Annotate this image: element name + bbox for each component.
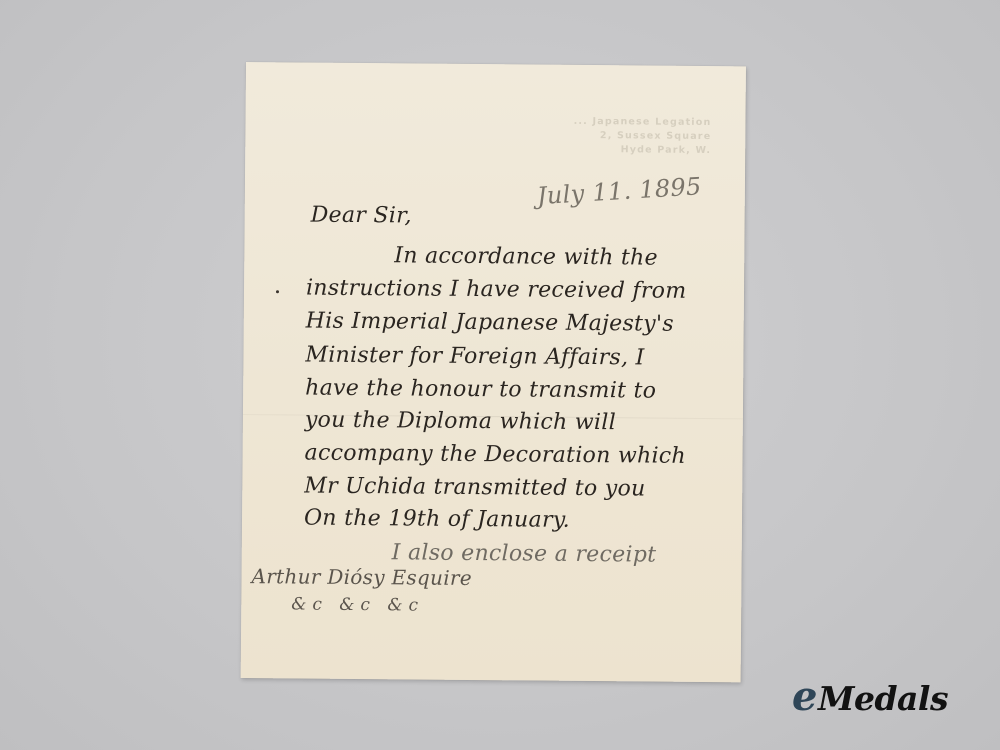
- ink-dot: [276, 290, 279, 293]
- body-line: I also enclose a receipt: [392, 540, 657, 567]
- emedals-watermark-logo: eMedals: [792, 673, 948, 720]
- body-line: On the 19th of January.: [304, 506, 570, 533]
- body-line: accompany the Decoration which: [304, 441, 686, 469]
- letter-paper: ... Japanese Legation 2, Sussex Square H…: [241, 62, 746, 682]
- body-line: instructions I have received from: [306, 276, 687, 304]
- body-line: In accordance with the: [394, 243, 658, 270]
- logo-wordmark: Medals: [818, 679, 948, 718]
- embossed-letterhead: ... Japanese Legation 2, Sussex Square H…: [573, 115, 711, 158]
- letterhead-line: Hyde Park, W.: [573, 143, 711, 158]
- letter-salutation: Dear Sir,: [311, 203, 412, 229]
- letter-etc: &c &c &c: [291, 594, 424, 615]
- letterhead-line: ... Japanese Legation: [574, 115, 712, 130]
- body-line: His Imperial Japanese Majesty's: [306, 309, 674, 337]
- body-line: Minister for Foreign Affairs, I: [305, 343, 644, 371]
- body-line: Mr Uchida transmitted to you: [304, 474, 645, 502]
- body-line: you the Diploma which will: [305, 408, 616, 436]
- letter-date: July 11. 1895: [536, 172, 702, 210]
- letter-addressee: Arthur Diósy Esquire: [251, 564, 472, 590]
- logo-e-glyph: e: [792, 673, 817, 720]
- letterhead-line: 2, Sussex Square: [573, 129, 711, 144]
- body-line: have the honour to transmit to: [305, 376, 656, 404]
